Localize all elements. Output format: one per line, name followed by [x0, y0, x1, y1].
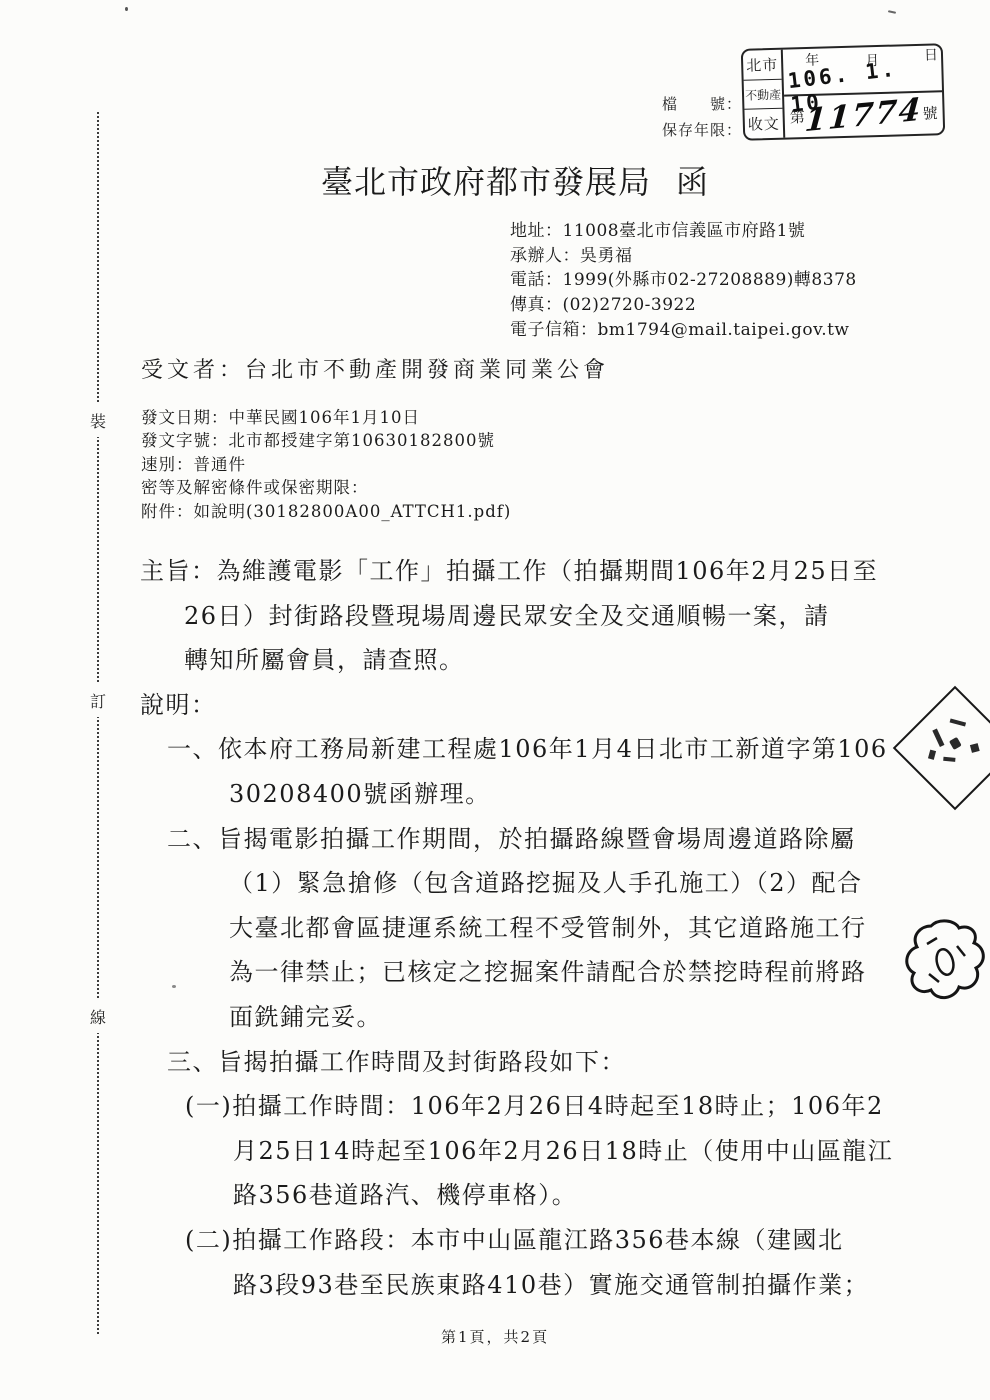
receipt-stamp: 北市 不動產 收文 年 月 日 106. 1. 10 第 11774 號 [741, 43, 945, 141]
number-suffix: 號 [922, 102, 938, 123]
contact-email: 電子信箱：bm1794@mail.taipei.gov.tw [510, 318, 857, 343]
contact-phone: 電話：1999(外縣市02-27208889)轉8378 [510, 268, 857, 293]
body-line: 二、旨揭電影拍攝工作期間，於拍攝路線暨會場周邊道路除屬 [0, 817, 990, 862]
receipt-stamp-org-column: 北市 不動產 收文 [743, 50, 786, 139]
security-line: 密等及解密條件或保密期限： [141, 476, 511, 499]
receipt-stamp-org-top: 北市 [743, 50, 782, 81]
body-line: （1）緊急搶修（包含道路挖掘及人手孔施工）（2）配合 [0, 861, 990, 906]
body-line: 三、旨揭拍攝工作時間及封街路段如下： [0, 1040, 990, 1085]
body-line: 大臺北都會區捷運系統工程不受管制外，其它道路施工行 [0, 906, 990, 951]
body-line: 主旨：為維護電影「工作」拍攝工作（拍攝期間106年2月25日至 [0, 549, 990, 594]
seal-stamp-icon [899, 916, 990, 1011]
document-page: 裝 訂 線 檔 號： 保存年限： 北市 不動產 收文 年 月 日 106. 1.… [0, 0, 990, 1400]
body-line: 月25日14時起至106年2月26日18時止（使用中山區龍江 [0, 1129, 990, 1174]
body-line: 30208400號函辦理。 [0, 772, 990, 817]
contact-block: 地址：11008臺北市信義區市府路1號 承辦人：吳勇福 電話：1999(外縣市0… [510, 219, 857, 343]
retention-period-label: 保存年限： [662, 117, 742, 143]
contact-fax: 傳真：(02)2720-3922 [510, 293, 857, 318]
agency-name: 臺北市政府都市發展局 [321, 163, 651, 201]
contact-address: 地址：11008臺北市信義區市府路1號 [510, 219, 857, 244]
receipt-stamp-org-bottom: 收文 [744, 109, 783, 139]
body-line: 說明： [0, 683, 990, 728]
doc-number-line: 發文字號：北市都授建字第10630182800號 [141, 429, 511, 452]
speed-line: 速別：普通件 [141, 453, 511, 476]
receipt-stamp-org-mid: 不動產 [744, 79, 783, 110]
body-text: 主旨：為維護電影「工作」拍攝工作（拍攝期間106年2月25日至 26日）封街路段… [0, 549, 990, 1307]
file-label-block: 檔 號： 保存年限： [662, 91, 742, 143]
receipt-stamp-right: 年 月 日 106. 1. 10 第 11774 號 [783, 45, 943, 137]
document-type: 函 [676, 163, 709, 201]
file-number-label: 檔 號： [662, 91, 742, 117]
body-line: 路3段93巷至民族東路410巷）實施交通管制拍攝作業； [0, 1263, 990, 1308]
scan-speck [172, 985, 176, 988]
body-line: (一)拍攝工作時間：106年2月26日4時起至18時止；106年2 [0, 1084, 990, 1129]
receipt-stamp-date-row: 年 月 日 106. 1. 10 [783, 45, 942, 96]
attachment-line: 附件：如說明(30182800A00_ATTCH1.pdf) [141, 500, 511, 523]
scan-speck [188, 649, 191, 652]
page-title: 臺北市政府都市發展局函 [321, 157, 709, 203]
meta-block: 發文日期：中華民國106年1月10日 發文字號：北市都授建字第106301828… [141, 406, 511, 523]
scan-speck [125, 7, 128, 11]
page-footer: 第1頁，共2頁 [441, 1326, 549, 1347]
issue-date-line: 發文日期：中華民國106年1月10日 [141, 406, 511, 429]
binding-mark-zhuang: 裝 [87, 404, 109, 437]
body-line: 面銑鋪完妥。 [0, 995, 990, 1040]
recipient-line: 受文者：台北市不動產開發商業同業公會 [141, 353, 609, 384]
scan-speck [888, 10, 896, 14]
body-line: 轉知所屬會員，請查照。 [0, 638, 990, 683]
body-line: 26日）封街路段暨現場周邊民眾安全及交通順暢一案，請 [0, 594, 990, 639]
body-line: (二)拍攝工作路段：本市中山區龍江路356巷本線（建國北 [0, 1218, 990, 1263]
body-line: 路356巷道路汽、機停車格）。 [0, 1173, 990, 1218]
body-line: 為一律禁止；已核定之挖掘案件請配合於禁挖時程前將路 [0, 950, 990, 995]
body-line: 一、依本府工務局新建工程處106年1月4日北市工新道字第106 [0, 727, 990, 772]
contact-person: 承辦人：吳勇福 [510, 244, 857, 269]
